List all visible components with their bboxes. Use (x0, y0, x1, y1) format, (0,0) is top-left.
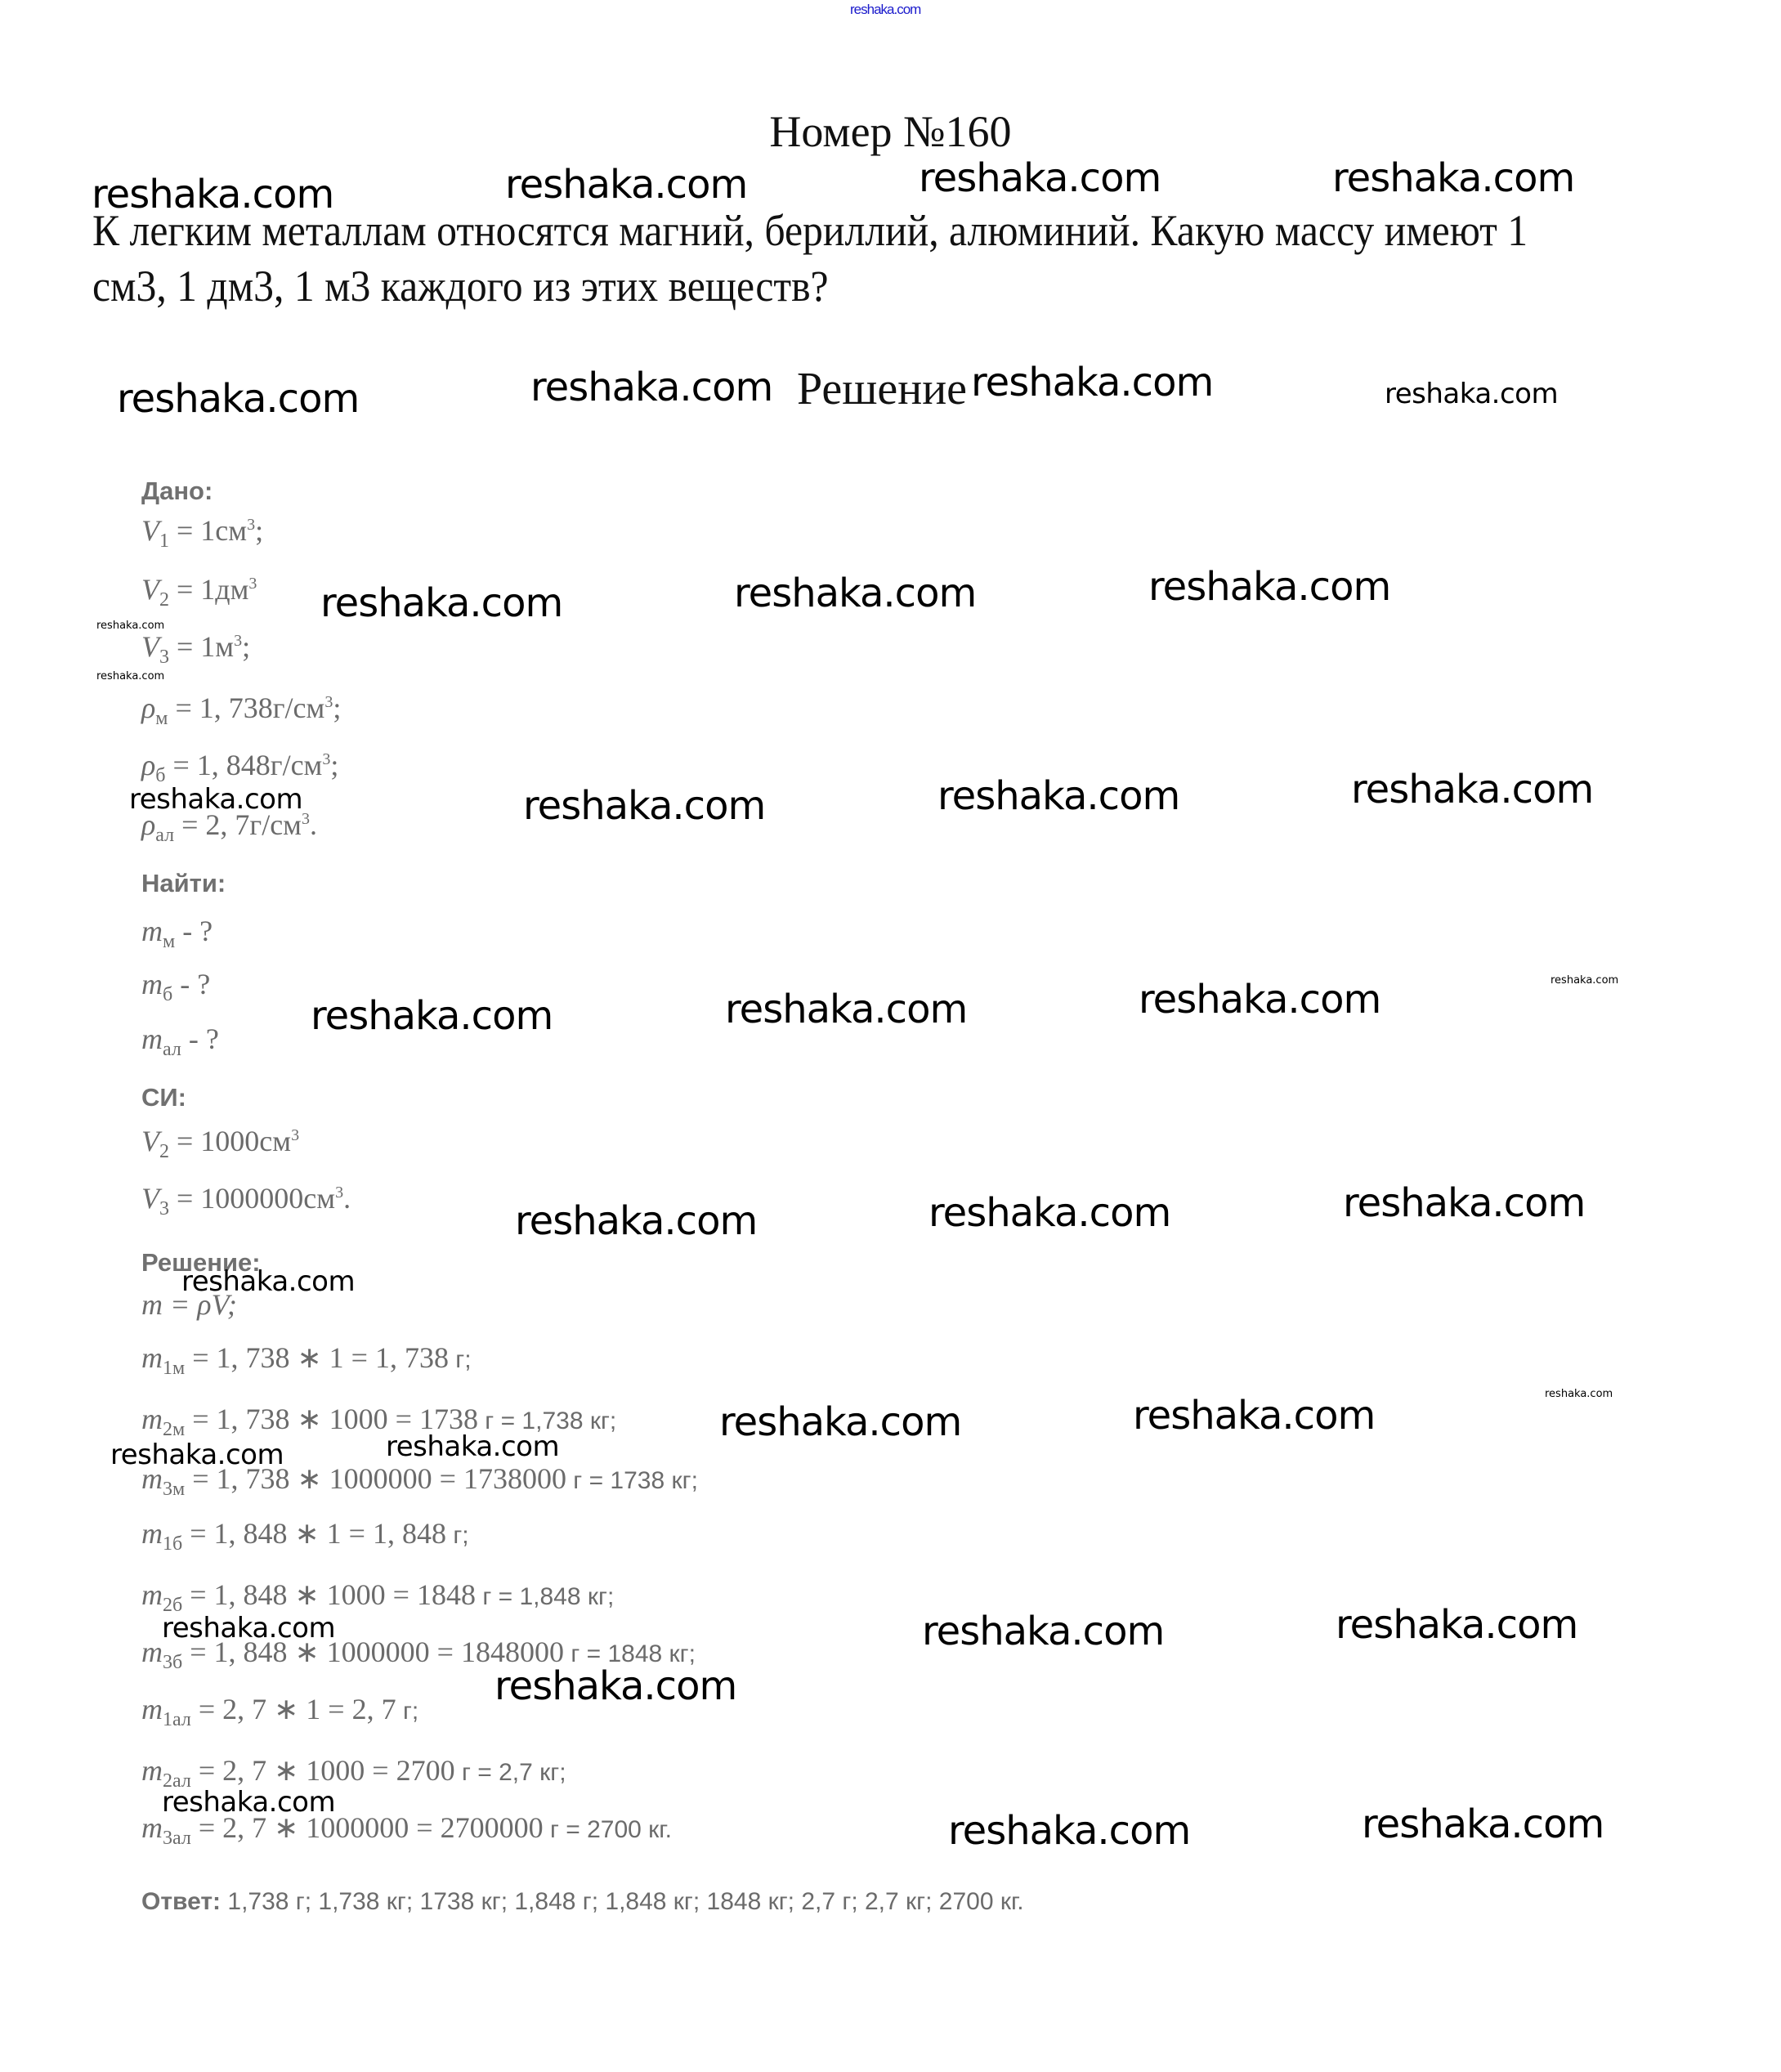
given-line: ρм = 1, 738г/см3; (141, 691, 341, 730)
find-line: mм - ? (141, 914, 213, 953)
symbol: m (141, 1578, 163, 1611)
subscript: 3 (159, 647, 169, 668)
superscript: 3 (335, 1184, 343, 1202)
subscript: 3м (163, 1479, 185, 1500)
solution-line: m1б = 1, 848 ∗ 1 = 1, 848 г; (141, 1516, 469, 1555)
watermark: reshaka.com (117, 376, 359, 422)
watermark: reshaka.com (515, 1198, 757, 1244)
unit: г = 1,848 кг; (476, 1583, 614, 1610)
symbol: V (141, 1182, 159, 1215)
expression: = 1, 738 ∗ 1 = 1, 738 (185, 1341, 449, 1374)
watermark: reshaka.com (1332, 155, 1574, 201)
subscript: 2 (159, 1141, 169, 1162)
superscript: 3 (247, 516, 255, 534)
solution-heading: Решение (797, 363, 967, 415)
watermark: reshaka.com (919, 155, 1161, 201)
answer-label: Ответ: (141, 1888, 221, 1915)
label-text: СИ: (141, 1083, 186, 1112)
answer-line: Ответ: 1,738 г; 1,738 кг; 1738 кг; 1,848… (141, 1888, 1024, 1916)
watermark: reshaka.com (1336, 1602, 1577, 1648)
watermark: reshaka.com (1133, 1393, 1375, 1439)
watermark: reshaka.com (110, 1439, 284, 1471)
subscript: 2м (163, 1419, 185, 1440)
symbol: m (141, 1023, 163, 1055)
watermark: reshaka.com (948, 1808, 1190, 1854)
label-text: Найти: (141, 869, 226, 897)
solution-line: m1м = 1, 738 ∗ 1 = 1, 738 г; (141, 1340, 472, 1380)
watermark: reshaka.com (320, 580, 562, 626)
answer-text: 1,738 г; 1,738 кг; 1738 кг; 1,848 г; 1,8… (221, 1888, 1024, 1915)
watermark: reshaka.com (181, 1265, 355, 1298)
expression: = 1, 848г/см (166, 749, 323, 781)
watermark: reshaka.com (971, 360, 1213, 405)
terminator: ; (330, 749, 338, 781)
watermark: reshaka.com (1545, 1388, 1613, 1400)
watermark: reshaka.com (1351, 767, 1593, 812)
subscript: 1б (163, 1533, 182, 1555)
si-line: V2 = 1000см3 (141, 1124, 299, 1163)
superscript: 3 (291, 1126, 299, 1144)
terminator: ; (255, 514, 263, 547)
expression: = 1см (169, 514, 247, 547)
expression: = 1м (169, 630, 234, 663)
find-line: mал - ? (141, 1022, 219, 1061)
watermark: reshaka.com (96, 670, 164, 682)
terminator: . (310, 808, 317, 841)
symbol: m (141, 1754, 163, 1787)
given-line: V2 = 1дм3 (141, 572, 257, 611)
label-text: Дано: (141, 477, 213, 505)
symbol: V (141, 1125, 159, 1157)
subscript: 2 (159, 589, 169, 611)
watermark: reshaka.com (530, 365, 772, 410)
expression: = 1дм (169, 573, 248, 606)
expression: = 1000000см (169, 1182, 335, 1215)
watermark: reshaka.com (129, 783, 302, 816)
symbol: V (141, 630, 159, 663)
watermark: reshaka.com (92, 172, 333, 217)
unit: г = 1738 кг; (566, 1467, 698, 1494)
page-title: Номер №160 (0, 106, 1781, 157)
given-line: ρб = 1, 848г/см3; (141, 748, 338, 787)
subscript: 3б (163, 1652, 182, 1673)
given-line: V1 = 1см3; (141, 513, 263, 553)
subscript: ал (155, 825, 174, 846)
watermark: reshaka.com (1139, 977, 1380, 1023)
watermark: reshaka.com (386, 1430, 559, 1463)
unit: г; (446, 1522, 469, 1549)
symbol: V (141, 514, 159, 547)
subscript: 1ал (163, 1709, 191, 1730)
section-label: СИ: (141, 1079, 186, 1113)
watermark: reshaka.com (922, 1609, 1164, 1654)
watermark: reshaka.com (725, 987, 967, 1032)
symbol: m (141, 1811, 163, 1844)
find-line: mб - ? (141, 967, 210, 1006)
subscript: м (163, 931, 175, 952)
symbol: m (141, 968, 163, 1000)
problem-text: К легким металлам относятся магний, бери… (92, 203, 1566, 314)
unit: г; (449, 1346, 472, 1373)
symbol: ρ (141, 749, 155, 781)
solution-line: m2б = 1, 848 ∗ 1000 = 1848 г = 1,848 кг; (141, 1577, 614, 1617)
si-line: V3 = 1000000см3. (141, 1181, 351, 1220)
watermark: reshaka.com (162, 1786, 335, 1819)
subscript: ал (163, 1039, 181, 1060)
watermark: reshaka.com (719, 1399, 961, 1445)
expression: - ? (172, 968, 210, 1000)
expression: = 1, 848 ∗ 1 = 1, 848 (182, 1517, 446, 1550)
symbol: m (141, 1341, 163, 1374)
watermark: reshaka.com (494, 1663, 736, 1709)
watermark: reshaka.com (1362, 1801, 1604, 1847)
watermark: reshaka.com (1343, 1180, 1585, 1226)
expression: = 1, 738г/см (168, 691, 324, 724)
superscript: 3 (322, 750, 330, 768)
watermark: reshaka.com (734, 571, 976, 616)
symbol: m (141, 915, 163, 947)
watermark: reshaka.com (1551, 974, 1618, 987)
watermark: reshaka.com (311, 993, 553, 1039)
superscript: 3 (324, 693, 333, 711)
terminator: . (343, 1182, 351, 1215)
expression: = 1, 848 ∗ 1000 = 1848 (182, 1578, 476, 1611)
watermark: reshaka.com (505, 162, 747, 208)
subscript: 3ал (163, 1828, 191, 1849)
terminator: ; (242, 630, 250, 663)
watermark: reshaka.com (1148, 564, 1390, 610)
expression: = 2, 7 ∗ 1000 = 2700 (191, 1754, 455, 1787)
subscript: м (155, 708, 168, 729)
superscript: 3 (302, 810, 310, 828)
unit: г = 2700 кг. (544, 1816, 672, 1843)
superscript: 3 (248, 575, 257, 593)
subscript: 1 (159, 530, 169, 552)
subscript: 1м (163, 1358, 185, 1379)
expression: = 1000см (169, 1125, 291, 1157)
subscript: б (163, 984, 172, 1005)
watermark: reshaka.com (96, 620, 164, 632)
symbol: V (141, 573, 159, 606)
terminator: ; (333, 691, 341, 724)
symbol: m (141, 1517, 163, 1550)
watermark: reshaka.com (929, 1190, 1170, 1236)
expression: = 2, 7 ∗ 1 = 2, 7 (191, 1693, 396, 1725)
expression: - ? (181, 1023, 219, 1055)
unit: г = 2,7 кг; (455, 1759, 566, 1786)
watermark: reshaka.com (523, 783, 765, 829)
subscript: 3 (159, 1198, 169, 1219)
watermark: reshaka.com (1385, 378, 1558, 410)
section-label: Дано: (141, 472, 213, 507)
watermark: reshaka.com (937, 773, 1179, 819)
unit: г; (396, 1698, 419, 1725)
symbol: m (141, 1636, 163, 1668)
solution-line: m1ал = 2, 7 ∗ 1 = 2, 7 г; (141, 1692, 418, 1731)
symbol: ρ (141, 691, 155, 724)
superscript: 3 (234, 632, 242, 650)
watermark: reshaka.com (162, 1612, 335, 1645)
expression: - ? (175, 915, 213, 947)
given-line: V3 = 1м3; (141, 629, 250, 669)
symbol: m (141, 1403, 163, 1435)
top-watermark: reshaka.com (850, 2, 920, 18)
section-label: Найти: (141, 865, 226, 899)
symbol: m (141, 1693, 163, 1725)
